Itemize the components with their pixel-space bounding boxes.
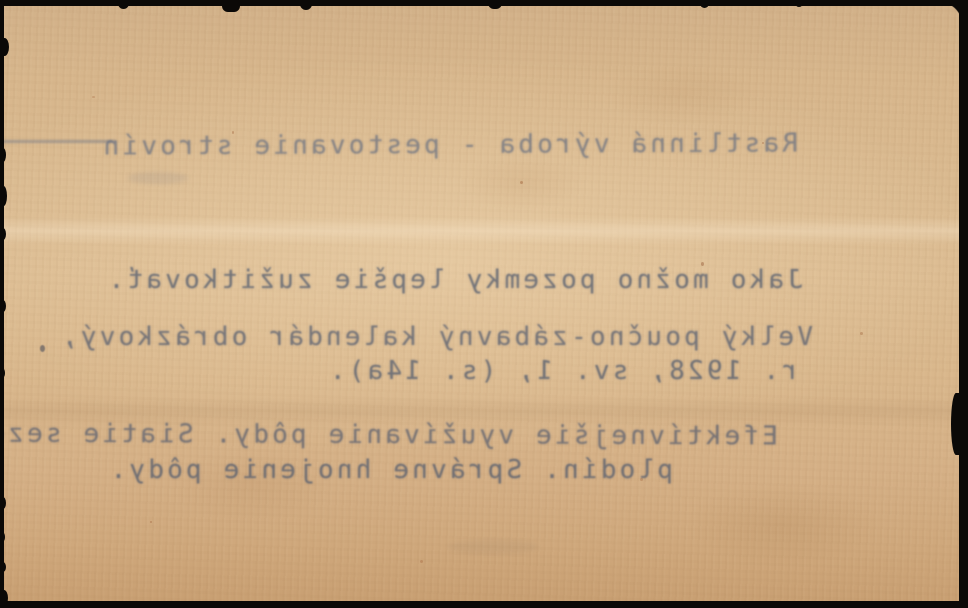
edge-blob xyxy=(0,148,6,162)
edge-blob xyxy=(0,228,6,240)
edge-blob xyxy=(0,532,5,542)
scan-edge-bottom xyxy=(0,601,968,608)
scan-edge-top xyxy=(0,0,968,6)
scan-edge-right xyxy=(959,0,968,608)
paper-rounded-corner xyxy=(938,0,968,26)
bleed-line-heading: Rastlinná výroba - pestovanie strovín xyxy=(100,130,798,159)
bleed-through-text-layer: Rastlinná výroba - pestovanie strovín Ja… xyxy=(0,0,968,608)
edge-blob xyxy=(0,497,6,509)
bleed-line-reference-1: Velký poučno-zábavný kalendár obrázkový, xyxy=(59,324,813,350)
bleed-line-question: Jako možno pozemky lepšie zužitkovať. xyxy=(105,267,803,293)
torn-edge-notch xyxy=(222,0,240,12)
scanned-document: Rastlinná výroba - pestovanie strovín Ja… xyxy=(0,0,968,608)
edge-blob xyxy=(0,38,9,56)
bleed-line-reference-2: r. 1928, sv. 1, (s. 14a). xyxy=(327,358,798,384)
bleed-line-paragraph-1: Efektívnejšie využívanie pôdy. Siatie se… xyxy=(0,421,778,450)
edge-blob xyxy=(0,590,8,606)
edge-blob xyxy=(0,186,7,206)
ink-ghost-smudge xyxy=(128,172,188,184)
edge-blob xyxy=(951,393,961,455)
bleed-line-paragraph-2: plodín. Správne hnojenie pôdy. xyxy=(107,457,673,483)
bleed-heading-underline xyxy=(0,140,115,143)
edge-blob xyxy=(0,562,6,572)
edge-blob xyxy=(0,368,5,378)
edge-blob xyxy=(0,300,6,312)
ink-ghost-smudge xyxy=(448,540,538,554)
